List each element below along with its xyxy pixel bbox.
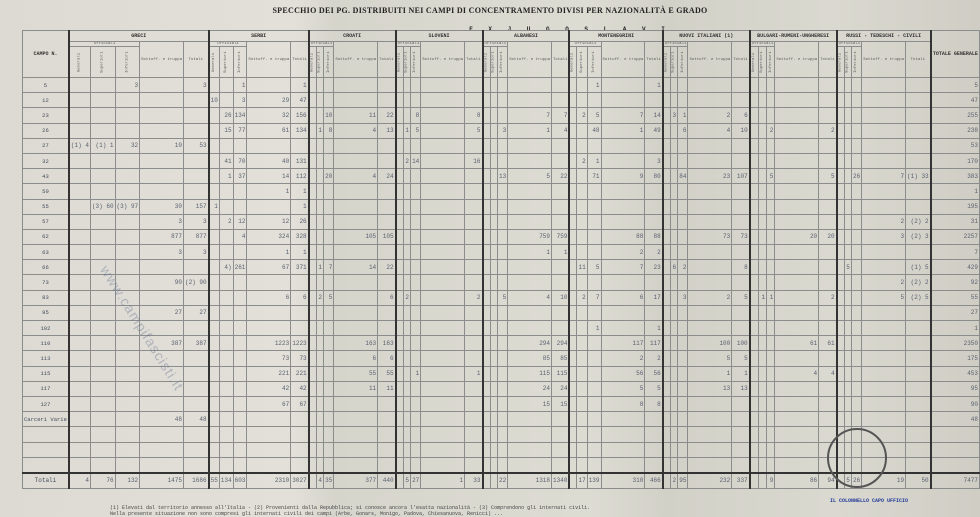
data-cell	[767, 260, 775, 275]
data-cell	[483, 78, 491, 93]
empty-cell	[378, 427, 396, 442]
data-cell	[396, 381, 404, 396]
empty-cell	[69, 427, 91, 442]
data-cell: 5	[819, 169, 837, 184]
data-cell	[410, 214, 420, 229]
data-cell	[90, 381, 115, 396]
data-cell	[750, 473, 759, 489]
grand-total-cell: 53	[931, 138, 980, 153]
empty-cell	[508, 427, 552, 442]
empty-cell	[465, 442, 483, 457]
data-cell	[378, 305, 396, 320]
empty-cell	[69, 457, 91, 473]
data-cell	[569, 123, 577, 138]
data-cell	[115, 153, 140, 168]
data-cell	[421, 396, 465, 411]
empty-cell	[750, 427, 759, 442]
data-cell: (2) 3	[906, 229, 931, 244]
data-cell	[670, 396, 677, 411]
data-cell	[552, 199, 570, 214]
empty-cell	[115, 442, 140, 457]
data-cell: 14	[410, 153, 420, 168]
empty-cell	[688, 442, 732, 457]
data-cell: 261	[233, 260, 247, 275]
totals-subheader: Totali	[819, 42, 837, 78]
empty-cell	[410, 427, 420, 442]
data-cell	[508, 214, 552, 229]
data-cell: 10	[732, 123, 750, 138]
data-cell	[403, 336, 410, 351]
data-cell	[497, 78, 507, 93]
data-cell	[219, 351, 233, 366]
data-cell: 1	[587, 321, 601, 336]
empty-cell	[645, 457, 663, 473]
data-cell	[410, 199, 420, 214]
data-cell	[758, 351, 766, 366]
empty-cell	[291, 457, 309, 473]
data-cell	[844, 290, 851, 305]
data-cell	[587, 214, 601, 229]
data-cell	[90, 153, 115, 168]
officers-subheader: Ufficiali	[750, 42, 775, 47]
data-cell	[465, 336, 483, 351]
data-cell	[577, 214, 587, 229]
data-cell: 14	[645, 108, 663, 123]
empty-cell	[552, 457, 570, 473]
data-cell	[569, 290, 577, 305]
data-cell: 4	[552, 123, 570, 138]
camp-number-cell: 57	[23, 214, 69, 229]
grand-total-cell: 255	[931, 108, 980, 123]
data-cell	[324, 229, 334, 244]
data-cell: 88	[601, 229, 645, 244]
data-cell	[421, 214, 465, 229]
data-cell	[601, 321, 645, 336]
data-cell	[490, 153, 497, 168]
empty-cell	[247, 427, 291, 442]
empty-cell	[334, 442, 378, 457]
data-cell	[508, 138, 552, 153]
data-cell	[403, 245, 410, 260]
data-cell	[69, 184, 91, 199]
data-cell	[410, 260, 420, 275]
camp-number-cell: 127	[23, 396, 69, 411]
data-cell	[140, 153, 184, 168]
data-cell: 53	[183, 138, 208, 153]
empty-cell	[90, 457, 115, 473]
data-cell	[837, 336, 845, 351]
data-cell: 877	[183, 229, 208, 244]
data-cell	[750, 396, 759, 411]
data-cell	[115, 396, 140, 411]
data-cell	[767, 366, 775, 381]
rank-subheader: Inferiori	[410, 47, 420, 78]
data-cell	[140, 184, 184, 199]
data-cell	[645, 93, 663, 108]
data-cell	[334, 290, 378, 305]
data-cell	[483, 396, 491, 411]
data-cell: 2	[403, 153, 410, 168]
data-cell	[844, 123, 851, 138]
data-cell	[421, 93, 465, 108]
data-cell	[247, 305, 291, 320]
data-cell	[209, 290, 220, 305]
data-cell: 27	[140, 305, 184, 320]
data-cell	[410, 229, 420, 244]
data-cell: 139	[587, 473, 601, 489]
data-cell	[670, 275, 677, 290]
data-cell: 3	[645, 153, 663, 168]
data-cell	[90, 169, 115, 184]
data-cell	[483, 184, 491, 199]
data-cell: 10	[209, 93, 220, 108]
data-cell: 6	[334, 351, 378, 366]
data-cell	[465, 260, 483, 275]
data-cell: 50	[906, 473, 931, 489]
empty-cell	[767, 427, 775, 442]
data-cell	[421, 351, 465, 366]
data-cell	[421, 199, 465, 214]
data-cell	[324, 184, 334, 199]
data-cell	[316, 138, 323, 153]
data-cell: 1223	[291, 336, 309, 351]
data-cell: (1) 1	[90, 138, 115, 153]
data-cell	[497, 275, 507, 290]
data-cell	[663, 153, 671, 168]
data-cell	[115, 214, 140, 229]
data-cell	[688, 305, 732, 320]
data-cell	[552, 305, 570, 320]
data-cell: 1	[233, 78, 247, 93]
table-row: Carceri Varie484848	[23, 412, 980, 427]
data-cell	[767, 412, 775, 427]
totals-subheader: Totali	[645, 42, 663, 78]
empty-cell	[678, 442, 688, 457]
data-cell	[219, 290, 233, 305]
data-cell	[183, 260, 208, 275]
empty-cell	[587, 457, 601, 473]
data-cell	[678, 321, 688, 336]
empty-cell	[421, 457, 465, 473]
data-cell	[483, 153, 491, 168]
data-cell	[421, 108, 465, 123]
camp-number-cell: 63	[23, 245, 69, 260]
data-cell	[324, 321, 334, 336]
grand-total-cell: 175	[931, 351, 980, 366]
data-cell	[90, 245, 115, 260]
data-cell	[851, 214, 861, 229]
data-cell	[688, 138, 732, 153]
data-cell	[758, 184, 766, 199]
empty-cell	[23, 442, 69, 457]
data-cell: 5	[508, 169, 552, 184]
camp-number-cell: 117	[23, 381, 69, 396]
grand-total-header: TOTALE GENERALE	[931, 31, 980, 78]
data-cell	[587, 305, 601, 320]
data-cell: 163	[378, 336, 396, 351]
data-cell	[837, 108, 845, 123]
data-cell: 22	[378, 108, 396, 123]
data-cell: 23	[688, 169, 732, 184]
data-cell	[670, 381, 677, 396]
data-cell	[403, 108, 410, 123]
data-cell: 76	[90, 473, 115, 489]
grand-total-cell: 453	[931, 366, 980, 381]
empty-cell	[209, 442, 220, 457]
data-cell	[396, 169, 404, 184]
data-cell: (3) 60	[90, 199, 115, 214]
grand-total-cell: 2257	[931, 229, 980, 244]
data-cell: 294	[552, 336, 570, 351]
group-header-4: ALBANESI	[483, 31, 570, 42]
group-header-5: MONTENEGRINI	[569, 31, 662, 42]
data-cell: 7	[862, 169, 906, 184]
data-cell	[324, 366, 334, 381]
data-cell: 1	[219, 169, 233, 184]
data-cell	[421, 78, 465, 93]
empty-cell	[758, 427, 766, 442]
data-cell: 12	[233, 214, 247, 229]
empty-cell	[775, 442, 819, 457]
data-cell	[396, 199, 404, 214]
data-cell	[819, 260, 837, 275]
empty-cell	[378, 442, 396, 457]
data-cell	[577, 396, 587, 411]
group-header-1: SERBI	[209, 31, 309, 42]
data-cell	[670, 78, 677, 93]
data-cell: 105	[378, 229, 396, 244]
data-cell	[69, 260, 91, 275]
data-cell	[670, 153, 677, 168]
data-cell	[569, 381, 577, 396]
data-cell	[410, 351, 420, 366]
data-cell	[906, 381, 931, 396]
data-cell	[906, 336, 931, 351]
data-cell	[324, 275, 334, 290]
data-cell: 5	[767, 169, 775, 184]
data-cell	[670, 184, 677, 199]
data-cell	[678, 245, 688, 260]
data-cell	[775, 305, 819, 320]
data-cell	[403, 351, 410, 366]
empty-cell	[490, 442, 497, 457]
data-cell: 310	[601, 473, 645, 489]
data-cell	[819, 93, 837, 108]
table-row: 7390(2) 902(2) 292	[23, 275, 980, 290]
data-cell	[90, 78, 115, 93]
rank-subheader: Inferiori	[324, 47, 334, 78]
data-cell: 35	[324, 473, 334, 489]
data-cell	[497, 108, 507, 123]
empty-cell	[396, 427, 404, 442]
data-cell	[732, 184, 750, 199]
data-cell	[732, 78, 750, 93]
data-cell	[396, 275, 404, 290]
data-cell: 5	[645, 381, 663, 396]
data-cell	[497, 260, 507, 275]
empty-cell	[587, 442, 601, 457]
data-cell	[837, 245, 845, 260]
data-cell	[601, 93, 645, 108]
data-cell: 1	[645, 321, 663, 336]
data-cell	[508, 199, 552, 214]
data-cell	[750, 229, 759, 244]
data-cell: 2	[678, 260, 688, 275]
data-cell	[837, 123, 845, 138]
data-cell	[851, 396, 861, 411]
empty-cell	[483, 457, 491, 473]
data-cell: 8	[324, 123, 334, 138]
data-cell	[663, 473, 671, 489]
data-cell: 17	[577, 473, 587, 489]
data-cell	[862, 366, 906, 381]
data-cell: 24	[552, 381, 570, 396]
data-cell	[678, 381, 688, 396]
data-cell	[906, 396, 931, 411]
data-cell	[316, 78, 323, 93]
data-cell: 6	[670, 260, 677, 275]
data-cell	[906, 351, 931, 366]
data-cell	[508, 412, 552, 427]
grand-total-cell: 383	[931, 169, 980, 184]
empty-cell	[508, 457, 552, 473]
data-cell	[601, 275, 645, 290]
data-cell	[732, 305, 750, 320]
data-cell: 1	[758, 290, 766, 305]
data-cell	[819, 381, 837, 396]
data-cell	[497, 153, 507, 168]
data-cell	[483, 336, 491, 351]
data-cell	[750, 108, 759, 123]
data-cell	[844, 412, 851, 427]
data-cell	[670, 321, 677, 336]
camp-column-header: CAMPO N.	[23, 31, 69, 78]
data-cell	[577, 381, 587, 396]
data-cell	[767, 184, 775, 199]
data-cell	[837, 305, 845, 320]
data-cell: 324	[247, 229, 291, 244]
data-cell: 5	[587, 108, 601, 123]
data-cell	[851, 199, 861, 214]
empty-cell	[767, 442, 775, 457]
data-cell	[497, 336, 507, 351]
empty-cell	[490, 427, 497, 442]
data-cell	[316, 321, 323, 336]
data-cell	[663, 305, 671, 320]
empty-cell	[334, 427, 378, 442]
data-cell	[490, 245, 497, 260]
data-cell: 30	[140, 199, 184, 214]
data-cell	[247, 199, 291, 214]
data-cell	[552, 78, 570, 93]
data-cell	[732, 275, 750, 290]
data-cell	[837, 138, 845, 153]
data-cell	[465, 214, 483, 229]
data-cell	[587, 336, 601, 351]
data-cell	[483, 473, 491, 489]
troops-subheader: Sottuff. e truppa	[334, 42, 378, 78]
data-cell: 22	[378, 260, 396, 275]
totals-subheader: Totali	[378, 42, 396, 78]
empty-cell	[410, 442, 420, 457]
data-cell	[819, 321, 837, 336]
data-cell	[851, 138, 861, 153]
table-row: 95272727	[23, 305, 980, 320]
data-cell	[219, 78, 233, 93]
data-cell	[483, 351, 491, 366]
data-cell	[291, 138, 309, 153]
data-cell: 7	[324, 260, 334, 275]
data-cell	[421, 229, 465, 244]
data-cell	[688, 245, 732, 260]
data-cell	[483, 290, 491, 305]
data-cell	[219, 305, 233, 320]
data-cell: 1	[587, 153, 601, 168]
data-cell: 4	[334, 123, 378, 138]
data-cell	[688, 396, 732, 411]
data-cell	[508, 184, 552, 199]
data-cell	[569, 138, 577, 153]
data-cell: 156	[291, 108, 309, 123]
empty-cell	[577, 457, 587, 473]
data-cell	[645, 214, 663, 229]
data-cell	[767, 396, 775, 411]
data-cell: 27	[183, 305, 208, 320]
group-header-3: SLOVENI	[396, 31, 483, 42]
data-cell	[844, 366, 851, 381]
data-cell: 17	[645, 290, 663, 305]
data-cell: 9	[601, 169, 645, 184]
data-cell	[316, 366, 323, 381]
data-cell	[678, 184, 688, 199]
data-cell	[115, 123, 140, 138]
data-cell	[410, 138, 420, 153]
data-cell	[862, 184, 906, 199]
data-cell: 9	[767, 473, 775, 489]
data-cell	[69, 412, 91, 427]
official-stamp	[827, 428, 887, 488]
data-cell: 13	[688, 381, 732, 396]
rank-subheader: Inferiori	[587, 47, 601, 78]
data-cell	[403, 184, 410, 199]
data-cell	[309, 78, 317, 93]
empty-cell	[209, 457, 220, 473]
data-cell	[396, 153, 404, 168]
data-cell: 1	[291, 78, 309, 93]
data-cell: 7	[552, 108, 570, 123]
data-cell	[837, 184, 845, 199]
data-cell	[775, 290, 819, 305]
data-cell	[465, 138, 483, 153]
data-cell	[490, 321, 497, 336]
data-cell	[247, 78, 291, 93]
empty-cell	[410, 457, 420, 473]
data-cell	[219, 366, 233, 381]
data-cell	[183, 381, 208, 396]
data-cell	[819, 275, 837, 290]
empty-cell	[115, 427, 140, 442]
data-cell	[324, 153, 334, 168]
data-cell	[750, 169, 759, 184]
data-cell	[758, 153, 766, 168]
data-cell	[90, 412, 115, 427]
data-cell	[670, 305, 677, 320]
empty-cell	[483, 427, 491, 442]
data-cell	[497, 412, 507, 427]
data-cell: 603	[233, 473, 247, 489]
data-cell	[750, 412, 759, 427]
data-cell	[490, 260, 497, 275]
